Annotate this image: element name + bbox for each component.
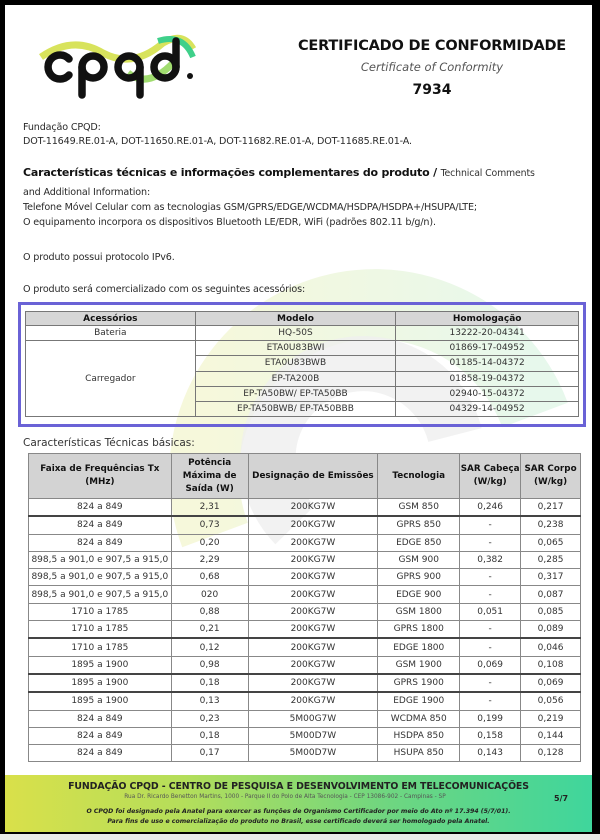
certificate-subtitle: Certificate of Conformity xyxy=(287,60,577,74)
specs-cell: 898,5 a 901,0 e 907,5 a 915,0 xyxy=(29,551,172,568)
footer-note-designation: O CPQD foi designado pela Anatel para ex… xyxy=(5,808,592,815)
specs-cell: 2,29 xyxy=(171,551,248,568)
specs-cell: 0,158 xyxy=(460,727,521,744)
specs-cell: - xyxy=(460,674,521,692)
specs-cell: 0,68 xyxy=(171,569,248,586)
specs-cell: 824 a 849 xyxy=(29,745,172,762)
specs-cell: 0,056 xyxy=(521,692,581,710)
specs-cell: 0,13 xyxy=(171,692,248,710)
certificate-number: 7934 xyxy=(287,82,577,98)
specs-cell: 0,199 xyxy=(460,710,521,727)
specs-cell: 5M00G7W xyxy=(248,710,378,727)
accessory-homologation: 02940-15-04372 xyxy=(396,386,579,401)
accessory-homologation: 01869-17-04952 xyxy=(396,341,579,356)
specs-cell: 0,285 xyxy=(521,551,581,568)
specs-cell: 0,246 xyxy=(460,499,521,517)
specs-cell: 0,085 xyxy=(521,603,581,620)
foundation-label: Fundação CPQD: xyxy=(23,122,101,133)
specs-cell: 824 a 849 xyxy=(29,499,172,517)
accessories-header-cell: Acessórios xyxy=(26,312,196,326)
specs-cell: 200KG7W xyxy=(248,692,378,710)
specs-cell: 200KG7W xyxy=(248,499,378,517)
accessory-model: ETA0U83BWI xyxy=(195,341,396,356)
specs-header-cell: SAR Cabeça (W/kg) xyxy=(460,454,521,499)
ipv6-line: O produto possui protocolo IPv6. xyxy=(23,252,175,263)
specs-row: 1710 a 17850,12200KG7WEDGE 1800-0,046 xyxy=(29,638,581,656)
specs-cell: 0,087 xyxy=(521,586,581,603)
section-title-continued: and Additional Information: xyxy=(23,187,150,198)
specs-cell: 0,089 xyxy=(521,621,581,639)
specs-cell: 1710 a 1785 xyxy=(29,621,172,639)
page-number: 5/7 xyxy=(554,794,568,803)
specs-cell: 0,317 xyxy=(521,569,581,586)
specs-cell: 0,144 xyxy=(521,727,581,744)
accessory-model: HQ-50S xyxy=(195,326,396,341)
specs-cell: 0,128 xyxy=(521,745,581,762)
accessory-model: EP-TA50BWB/ EP-TA50BBB xyxy=(195,401,396,416)
specs-cell: 0,23 xyxy=(171,710,248,727)
specs-label: Características Técnicas básicas: xyxy=(23,437,195,449)
accessory-model: EP-TA200B xyxy=(195,371,396,386)
specs-cell: 200KG7W xyxy=(248,551,378,568)
specs-cell: 0,98 xyxy=(171,656,248,674)
specs-cell: 0,051 xyxy=(460,603,521,620)
specs-cell: 824 a 849 xyxy=(29,534,172,551)
specs-cell: 824 a 849 xyxy=(29,516,172,534)
specs-row: 824 a 8490,235M00G7WWCDMA 8500,1990,219 xyxy=(29,710,581,727)
accessory-homologation: 13222-20-04341 xyxy=(396,326,579,341)
specs-cell: 1710 a 1785 xyxy=(29,638,172,656)
specs-cell: 5M00D7W xyxy=(248,745,378,762)
specs-header-cell: Faixa de Frequências Tx (MHz) xyxy=(29,454,172,499)
specs-cell: 200KG7W xyxy=(248,586,378,603)
accessories-table: AcessóriosModeloHomologação BateriaHQ-50… xyxy=(25,311,579,417)
specs-table: Faixa de Frequências Tx (MHz)Potência Má… xyxy=(28,453,581,762)
specs-cell: - xyxy=(460,692,521,710)
specs-cell: 200KG7W xyxy=(248,534,378,551)
accessories-header-cell: Homologação xyxy=(396,312,579,326)
section-title-pt: Características técnicas e informações c… xyxy=(23,166,441,179)
specs-cell: 0,219 xyxy=(521,710,581,727)
specs-cell: EDGE 900 xyxy=(378,586,460,603)
specs-header-cell: Designação de Emissões xyxy=(248,454,378,499)
specs-cell: EDGE 1800 xyxy=(378,638,460,656)
specs-cell: 0,12 xyxy=(171,638,248,656)
specs-cell: GPRS 1800 xyxy=(378,621,460,639)
specs-cell: 824 a 849 xyxy=(29,710,172,727)
certificate-title: CERTIFICADO DE CONFORMIDADE xyxy=(287,38,577,54)
specs-cell: 0,382 xyxy=(460,551,521,568)
specs-cell: - xyxy=(460,569,521,586)
accessories-intro: O produto será comercializado com os seg… xyxy=(23,284,305,295)
specs-cell: - xyxy=(460,638,521,656)
specs-cell: 824 a 849 xyxy=(29,727,172,744)
specs-cell: 898,5 a 901,0 e 907,5 a 915,0 xyxy=(29,569,172,586)
specs-cell: 0,21 xyxy=(171,621,248,639)
accessory-row: CarregadorETA0U83BWI01869-17-04952 xyxy=(26,341,579,356)
bottom-strip xyxy=(0,834,600,840)
specs-row: 824 a 8490,185M00D7WHSDPA 8500,1580,144 xyxy=(29,727,581,744)
specs-cell: 200KG7W xyxy=(248,638,378,656)
specs-cell: 200KG7W xyxy=(248,516,378,534)
specs-cell: 0,17 xyxy=(171,745,248,762)
specs-cell: 200KG7W xyxy=(248,674,378,692)
specs-cell: 0,18 xyxy=(171,674,248,692)
accessory-type: Carregador xyxy=(26,341,196,417)
specs-cell: 200KG7W xyxy=(248,656,378,674)
specs-cell: GSM 1800 xyxy=(378,603,460,620)
section-title: Características técnicas e informações c… xyxy=(23,166,535,179)
specs-row: 1710 a 17850,21200KG7WGPRS 1800-0,089 xyxy=(29,621,581,639)
specs-cell: 0,18 xyxy=(171,727,248,744)
specs-row: 824 a 8492,31200KG7WGSM 8500,2460,217 xyxy=(29,499,581,517)
specs-cell: HSDPA 850 xyxy=(378,727,460,744)
accessory-homologation: 01185-14-04372 xyxy=(396,356,579,371)
specs-row: 1710 a 17850,88200KG7WGSM 18000,0510,085 xyxy=(29,603,581,620)
specs-cell: 0,046 xyxy=(521,638,581,656)
specs-cell: GPRS 900 xyxy=(378,569,460,586)
certificate-footer: FUNDAÇÃO CPQD - CENTRO DE PESQUISA E DES… xyxy=(5,775,592,832)
specs-cell: 0,20 xyxy=(171,534,248,551)
specs-cell: WCDMA 850 xyxy=(378,710,460,727)
specs-cell: GSM 850 xyxy=(378,499,460,517)
specs-cell: 0,73 xyxy=(171,516,248,534)
specs-cell: EDGE 1900 xyxy=(378,692,460,710)
specs-cell: 1710 a 1785 xyxy=(29,603,172,620)
specs-cell: 1895 a 1900 xyxy=(29,656,172,674)
specs-header-cell: Potência Máxima de Saída (W) xyxy=(171,454,248,499)
specs-row: 1895 a 19000,98200KG7WGSM 19000,0690,108 xyxy=(29,656,581,674)
certificate-header: CERTIFICADO DE CONFORMIDADE Certificate … xyxy=(5,5,592,115)
specs-header-cell: Tecnologia xyxy=(378,454,460,499)
specs-cell: 1895 a 1900 xyxy=(29,674,172,692)
specs-cell: 020 xyxy=(171,586,248,603)
specs-cell: 5M00D7W xyxy=(248,727,378,744)
specs-row: 1895 a 19000,13200KG7WEDGE 1900-0,056 xyxy=(29,692,581,710)
specs-cell: 898,5 a 901,0 e 907,5 a 915,0 xyxy=(29,586,172,603)
accessories-header-cell: Modelo xyxy=(195,312,396,326)
specs-row: 824 a 8490,175M00D7WHSUPA 8500,1430,128 xyxy=(29,745,581,762)
specs-cell: GSM 1900 xyxy=(378,656,460,674)
footer-note-homologation: Para fins de uso e comercialização do pr… xyxy=(5,818,592,825)
specs-cell: GSM 900 xyxy=(378,551,460,568)
footer-title: FUNDAÇÃO CPQD - CENTRO DE PESQUISA E DES… xyxy=(5,781,592,792)
specs-cell: - xyxy=(460,586,521,603)
specs-cell: 200KG7W xyxy=(248,569,378,586)
cpqd-logo-icon xyxy=(33,29,203,101)
specs-row: 898,5 a 901,0 e 907,5 a 915,00,68200KG7W… xyxy=(29,569,581,586)
accessory-homologation: 04329-14-04952 xyxy=(396,401,579,416)
specs-cell: 1895 a 1900 xyxy=(29,692,172,710)
specs-cell: - xyxy=(460,621,521,639)
dot-list: DOT-11649.RE.01-A, DOT-11650.RE.01-A, DO… xyxy=(23,136,412,147)
specs-cell: 2,31 xyxy=(171,499,248,517)
specs-cell: GPRS 1900 xyxy=(378,674,460,692)
specs-cell: 200KG7W xyxy=(248,621,378,639)
specs-cell: 0,069 xyxy=(521,674,581,692)
certificate-page: CERTIFICADO DE CONFORMIDADE Certificate … xyxy=(5,5,592,832)
specs-header-cell: SAR Corpo (W/kg) xyxy=(521,454,581,499)
bluetooth-line: O equipamento incorpora os dispositivos … xyxy=(23,217,436,228)
section-title-en: Technical Comments xyxy=(441,168,535,179)
accessory-row: BateriaHQ-50S13222-20-04341 xyxy=(26,326,579,341)
specs-cell: - xyxy=(460,516,521,534)
accessory-model: ETA0U83BWB xyxy=(195,356,396,371)
specs-cell: 200KG7W xyxy=(248,603,378,620)
technology-line: Telefone Móvel Celular com as tecnologia… xyxy=(23,202,477,213)
specs-row: 898,5 a 901,0 e 907,5 a 915,02,29200KG7W… xyxy=(29,551,581,568)
footer-address: Rua Dr. Ricardo Benetton Martins, 1000 -… xyxy=(5,794,565,800)
accessory-type: Bateria xyxy=(26,326,196,341)
specs-row: 824 a 8490,20200KG7WEDGE 850-0,065 xyxy=(29,534,581,551)
specs-cell: 0,143 xyxy=(460,745,521,762)
specs-cell: EDGE 850 xyxy=(378,534,460,551)
specs-cell: 0,88 xyxy=(171,603,248,620)
accessory-model: EP-TA50BW/ EP-TA50BB xyxy=(195,386,396,401)
specs-cell: 0,069 xyxy=(460,656,521,674)
specs-row: 1895 a 19000,18200KG7WGPRS 1900-0,069 xyxy=(29,674,581,692)
specs-cell: 0,217 xyxy=(521,499,581,517)
specs-cell: - xyxy=(460,534,521,551)
specs-row: 824 a 8490,73200KG7WGPRS 850-0,238 xyxy=(29,516,581,534)
accessory-homologation: 01858-19-04372 xyxy=(396,371,579,386)
specs-cell: HSUPA 850 xyxy=(378,745,460,762)
specs-cell: 0,238 xyxy=(521,516,581,534)
specs-cell: 0,065 xyxy=(521,534,581,551)
specs-cell: 0,108 xyxy=(521,656,581,674)
specs-row: 898,5 a 901,0 e 907,5 a 915,0020200KG7WE… xyxy=(29,586,581,603)
specs-cell: GPRS 850 xyxy=(378,516,460,534)
